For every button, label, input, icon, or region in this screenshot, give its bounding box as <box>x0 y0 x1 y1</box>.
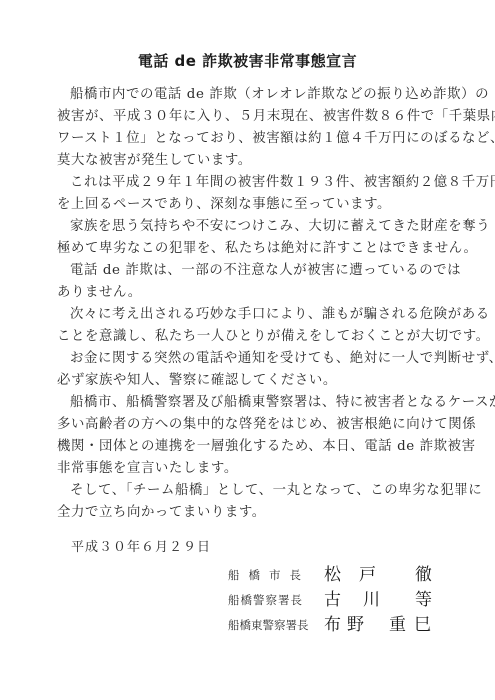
signatories: 船橋市長 松戸 徹 船橋警察署長 古川 等 船橋東警察署長 布野 重巳 <box>228 563 402 638</box>
body-line: 次々に考え出される巧妙な手口により、誰もが騙される危険がある <box>57 304 439 326</box>
body-line: 全力で立ち向かってまいります。 <box>57 502 439 524</box>
declaration-date: 平成３０年６月２９日 <box>71 536 211 555</box>
body-line: ありません。 <box>57 282 439 304</box>
document-body: 船橋市内での電話 de 詐欺（オレオレ詐欺などの振り込め詐欺）の 被害が、平成３… <box>57 84 439 524</box>
signatory-role: 船橋市長 <box>228 563 324 588</box>
signatory-family-name: 古川 <box>324 588 402 613</box>
body-line: 多い高齢者の方への集中的な啓発をはじめ、被害根絶に向けて関係 <box>57 414 439 436</box>
body-line: これは平成２９年１年間の被害件数１９３件、被害額約２億８千万円 <box>57 172 439 194</box>
signatory-row: 船橋東警察署長 布野 重巳 <box>228 613 402 638</box>
signatory-role: 船橋東警察署長 <box>228 613 324 638</box>
body-line: 被害が、平成３０年に入り、５月末現在、被害件数８６件で「千葉県内 <box>57 106 439 128</box>
body-line: 船橋市内での電話 de 詐欺（オレオレ詐欺などの振り込め詐欺）の <box>57 84 439 106</box>
body-line: そして、「チーム船橋」として、一丸となって、この卑劣な犯罪に <box>57 480 439 502</box>
body-line: 極めて卑劣なこの犯罪を、私たちは絶対に許すことはできません。 <box>57 238 439 260</box>
body-line: お金に関する突然の電話や通知を受けても、絶対に一人で判断せず、 <box>57 348 439 370</box>
body-line: を上回るペースであり、深刻な事態に至っています。 <box>57 194 439 216</box>
body-line: 必ず家族や知人、警察に確認してください。 <box>57 370 439 392</box>
body-line: 電話 de 詐欺は、一部の不注意な人が被害に遭っているのでは <box>57 260 439 282</box>
body-line: ワースト１位」となっており、被害額は約１億４千万円にのぼるなど、 <box>57 128 439 150</box>
document-page: 電話 de 詐欺被害非常事態宣言 船橋市内での電話 de 詐欺（オレオレ詐欺など… <box>0 0 495 700</box>
signatory-role: 船橋警察署長 <box>228 588 324 613</box>
signatory-given-name: 重巳 <box>389 613 439 638</box>
signatory-row: 船橋市長 松戸 徹 <box>228 563 402 588</box>
body-line: 家族を思う気持ちや不安につけこみ、大切に蓄えてきた財産を奪う <box>57 216 439 238</box>
body-line: 莫大な被害が発生しています。 <box>57 150 439 172</box>
body-line: 船橋市、船橋警察署及び船橋東警察署は、特に被害者となるケースが <box>57 392 439 414</box>
signatory-given-name: 徹 <box>415 563 432 588</box>
signatory-row: 船橋警察署長 古川 等 <box>228 588 402 613</box>
signatory-family-name: 松戸 <box>324 563 394 588</box>
body-line: 非常事態を宣言いたします。 <box>57 458 439 480</box>
document-title: 電話 de 詐欺被害非常事態宣言 <box>0 50 495 71</box>
signatory-family-name: 布野 <box>324 613 370 638</box>
signatory-given-name: 等 <box>415 588 432 613</box>
body-line: ことを意識し、私たち一人ひとりが備えをしておくことが大切です。 <box>57 326 439 348</box>
body-line: 機関・団体との連携を一層強化するため、本日、電話 de 詐欺被害 <box>57 436 439 458</box>
